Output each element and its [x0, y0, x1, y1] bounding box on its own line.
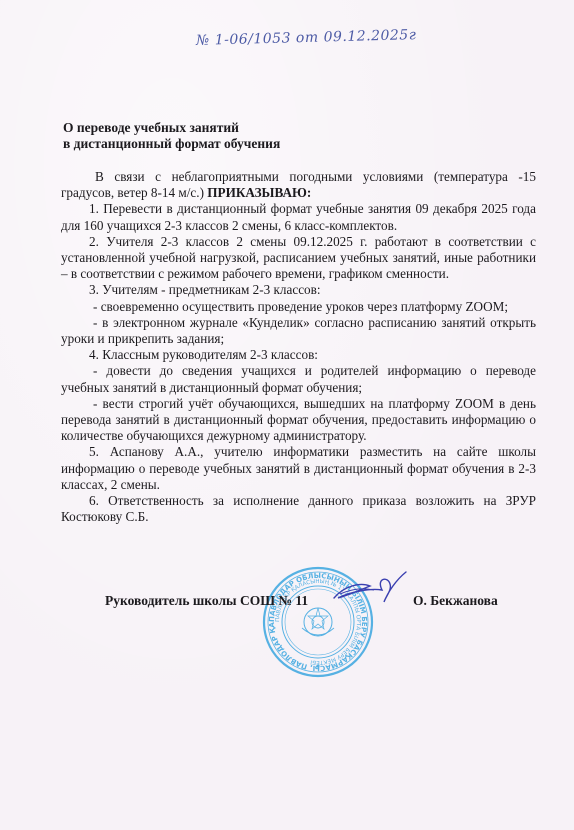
- order-item-4-sub-2: - вести строгий учёт обучающихся, вышедш…: [61, 396, 536, 445]
- intro-paragraph: В связи с неблагоприятными погодными усл…: [61, 169, 536, 201]
- order-item-4: 4. Классным руководителям 2-3 классов:: [61, 347, 536, 363]
- order-item-2: 2. Учителя 2-3 классов 2 смены 09.12.202…: [61, 234, 536, 283]
- order-item-3: 3. Учителям - предметникам 2-3 классов:: [61, 282, 536, 298]
- document-page: № 1-06/1053 от 09.12.2025г О переводе уч…: [0, 0, 574, 830]
- order-word: ПРИКАЗЫВАЮ:: [207, 185, 311, 200]
- order-item-3-sub-1: - своевременно осуществить проведение ур…: [61, 299, 536, 315]
- order-item-5: 5. Аспанову А.А., учителю информатики ра…: [61, 444, 536, 493]
- signatory-position: Руководитель школы СОШ № 11: [105, 593, 308, 609]
- document-title: О переводе учебных занятий в дистанционн…: [63, 120, 280, 152]
- title-line-1: О переводе учебных занятий: [63, 120, 280, 136]
- order-item-1: 1. Перевести в дистанционный формат учеб…: [61, 201, 536, 233]
- order-item-4-sub-1: - довести до сведения учащихся и родител…: [61, 363, 536, 395]
- signature-icon: [330, 568, 410, 608]
- order-item-3-sub-2: - в электронном журнале «Кунделик» согла…: [61, 315, 536, 347]
- document-body: В связи с неблагоприятными погодными усл…: [61, 169, 536, 525]
- title-line-2: в дистанционный формат обучения: [63, 136, 280, 152]
- registration-number-note: № 1-06/1053 от 09.12.2025г: [196, 27, 417, 49]
- order-item-6: 6. Ответственность за исполнение данного…: [61, 493, 536, 525]
- signatory-name: О. Бекжанова: [413, 593, 498, 609]
